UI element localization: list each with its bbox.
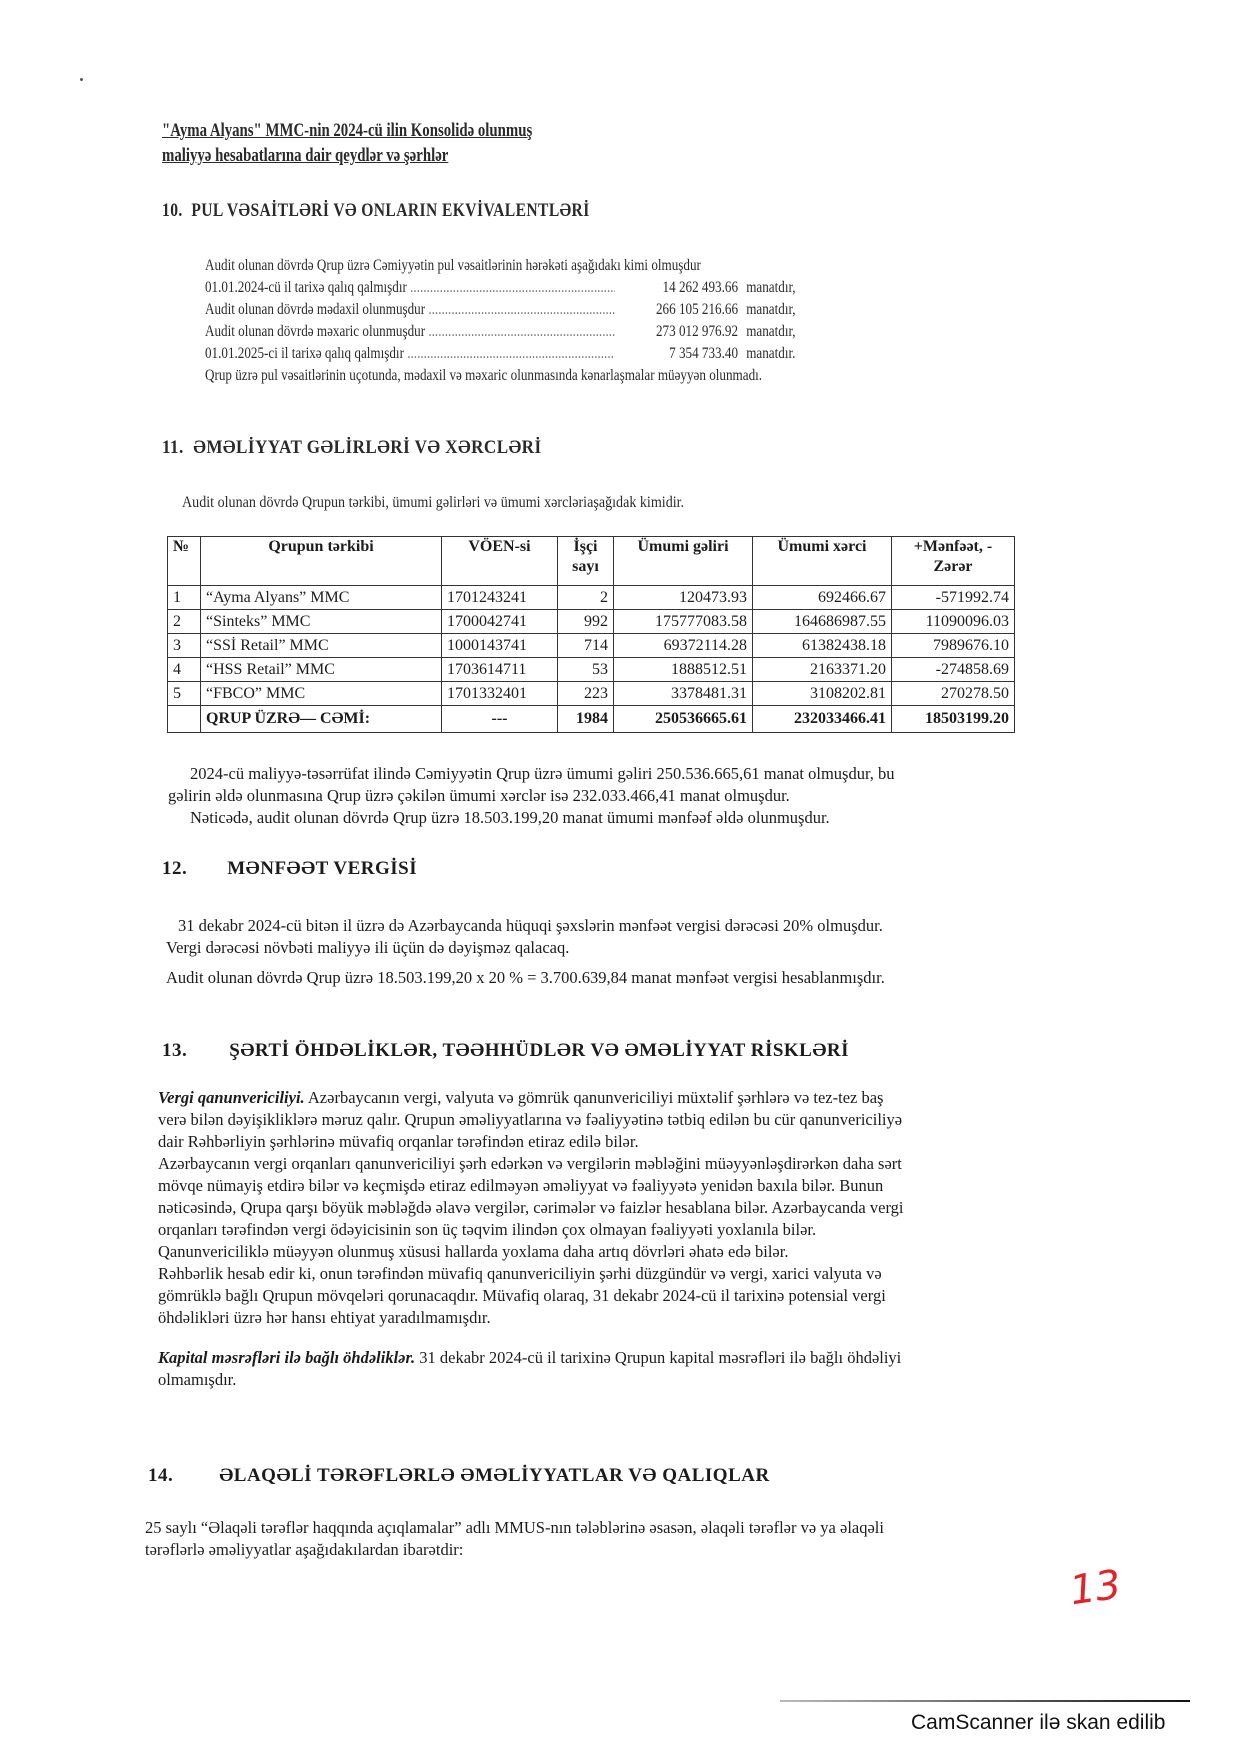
table-cell: 1984 bbox=[558, 706, 614, 733]
cash-row-currency: manatdır, bbox=[746, 321, 795, 343]
paragraph-line: Rəhbərlik hesab edir ki, onun tərəfindən… bbox=[158, 1263, 1058, 1285]
cash-row-label: 01.01.2024-cü il tarixə qalıq qalmışdır bbox=[205, 277, 615, 299]
cash-row-currency: manatdır. bbox=[746, 343, 795, 365]
table-cell: 4 bbox=[168, 658, 201, 682]
table-cell: 5 bbox=[168, 682, 201, 706]
paragraph-line: öhdəlikləri üzrə hər hansı ehtiyat yarad… bbox=[158, 1307, 1058, 1329]
scan-speck bbox=[80, 78, 83, 81]
section-number: 14. bbox=[148, 1465, 214, 1487]
section-12-text: 31 dekabr 2024-cü bitən il üzrə də Azərb… bbox=[166, 915, 1066, 989]
section-title: ƏLAQƏLİ TƏRƏFLƏRLƏ ƏMƏLİYYATLAR VƏ QALIQ… bbox=[219, 1465, 769, 1486]
paragraph-text: 31 dekabr 2024-cü il tarixinə Qrupun kap… bbox=[415, 1348, 901, 1367]
paragraph-line: 25 saylı “Əlaqəli tərəflər haqqında açıq… bbox=[145, 1517, 1045, 1539]
section-11-intro: Audit olunan dövrdə Qrupun tərkibi, ümum… bbox=[182, 492, 684, 514]
footer-divider bbox=[780, 1700, 1190, 1702]
section-number: 13. bbox=[162, 1040, 224, 1062]
page-number: 13 bbox=[1067, 1562, 1124, 1615]
paragraph-line: olmamışdır. bbox=[158, 1369, 1058, 1391]
section-13-text: Vergi qanunvericiliyi. Azərbaycanın verg… bbox=[158, 1087, 1058, 1391]
cash-flow-block: Audit olunan dövrdə Qrup üzrə Cəmiyyətin… bbox=[205, 255, 796, 387]
paragraph-text: Azərbaycanın vergi, valyuta və gömrük qa… bbox=[305, 1088, 884, 1107]
group-composition-table: № Qrupun tərkibi VÖEN-si İşçi sayı Ümumi… bbox=[167, 536, 1015, 733]
table-cell: 223 bbox=[558, 682, 614, 706]
table-cell: 1701243241 bbox=[442, 586, 558, 610]
table-row: 5“FBCO” MMC17013324012233378481.31310820… bbox=[168, 682, 1015, 706]
table-cell: “HSS Retail” MMC bbox=[201, 658, 442, 682]
summary-line: 2024-cü maliyyə-təsərrüfat ilində Cəmiyy… bbox=[190, 763, 1090, 785]
col-header: +Mənfəət, -Zərər bbox=[892, 537, 1015, 586]
table-cell: “Ayma Alyans” MMC bbox=[201, 586, 442, 610]
table-cell: 992 bbox=[558, 610, 614, 634]
summary-line: gəlirin əldə olunmasına Qrup üzrə çəkilə… bbox=[168, 785, 1090, 807]
table-cell: 2 bbox=[558, 586, 614, 610]
section-number: 10. bbox=[162, 200, 183, 222]
paragraph-line: tərəflərlə əməliyyatlar aşağıdakılardan … bbox=[145, 1539, 1045, 1561]
table-cell: 69372114.28 bbox=[614, 634, 753, 658]
section-title: ŞƏRTİ ÖHDƏLİKLƏR, TƏƏHHÜDLƏR VƏ ƏMƏLİYYA… bbox=[229, 1040, 849, 1061]
paragraph-line: nəticəsində, Qrupa qarşı böyük məbləğdə … bbox=[158, 1197, 1058, 1219]
table-cell: 164686987.55 bbox=[753, 610, 892, 634]
document-title-line: maliyyə hesabatlarına dair qeydlər və şə… bbox=[162, 143, 532, 168]
cash-row-value: 7 354 733.40 bbox=[615, 343, 738, 365]
table-cell: -274858.69 bbox=[892, 658, 1015, 682]
paragraph-line: Vergi qanunvericiliyi. Azərbaycanın verg… bbox=[158, 1087, 1058, 1109]
summary-line: Nəticədə, audit olunan dövrdə Qrup üzrə … bbox=[190, 807, 1090, 829]
table-cell: 61382438.18 bbox=[753, 634, 892, 658]
paragraph-line: Audit olunan dövrdə Qrup üzrə 18.503.199… bbox=[166, 967, 1066, 989]
cash-row-label: Audit olunan dövrdə məxaric olunmuşdur bbox=[205, 321, 615, 343]
table-cell: 270278.50 bbox=[892, 682, 1015, 706]
table-header-row: № Qrupun tərkibi VÖEN-si İşçi sayı Ümumi… bbox=[168, 537, 1015, 586]
table-cell: 53 bbox=[558, 658, 614, 682]
table-row: 4“HSS Retail” MMC1703614711531888512.512… bbox=[168, 658, 1015, 682]
section-11-heading: 11. ƏMƏLİYYAT GƏLİRLƏRİ VƏ XƏRCLƏRİ bbox=[162, 437, 542, 459]
section-number: 11. bbox=[162, 437, 184, 459]
table-cell: 1700042741 bbox=[442, 610, 558, 634]
cash-row-value: 14 262 493.66 bbox=[615, 277, 738, 299]
section-14-heading: 14. ƏLAQƏLİ TƏRƏFLƏRLƏ ƏMƏLİYYATLAR VƏ Q… bbox=[148, 1465, 770, 1487]
table-cell: 175777083.58 bbox=[614, 610, 753, 634]
section-13-heading: 13. ŞƏRTİ ÖHDƏLİKLƏR, TƏƏHHÜDLƏR VƏ ƏMƏL… bbox=[162, 1040, 849, 1062]
table-cell: “Sinteks” MMC bbox=[201, 610, 442, 634]
table-cell: --- bbox=[442, 706, 558, 733]
paragraph-line: verə bilən dəyişikliklərə məruz qalır. Q… bbox=[158, 1109, 1058, 1131]
section-14-text: 25 saylı “Əlaqəli tərəflər haqqında açıq… bbox=[145, 1517, 1045, 1561]
col-header: Ümumi gəliri bbox=[614, 537, 753, 586]
table-row: 3“SSİ Retail” MMC100014374171469372114.2… bbox=[168, 634, 1015, 658]
table-cell: 692466.67 bbox=[753, 586, 892, 610]
table-cell: 7989676.10 bbox=[892, 634, 1015, 658]
section-title: PUL VƏSAİTLƏRİ VƏ ONLARIN EKVİVALENTLƏRİ bbox=[191, 200, 589, 221]
paragraph-line: orqanları tərəfindən vergi ödəyicisinin … bbox=[158, 1219, 1058, 1241]
cash-row-label: 01.01.2025-ci il tarixə qalıq qalmışdır bbox=[205, 343, 615, 365]
table-cell: “FBCO” MMC bbox=[201, 682, 442, 706]
scanner-watermark: CamScanner ilə skan edilib bbox=[911, 1711, 1165, 1735]
cash-row: 01.01.2024-cü il tarixə qalıq qalmışdır … bbox=[205, 277, 796, 299]
col-header: İşçi sayı bbox=[558, 537, 614, 586]
paragraph-line: dair Rəhbərliyin şərhlərinə müvafiq orqa… bbox=[158, 1131, 1058, 1153]
cash-row-value: 273 012 976.92 bbox=[615, 321, 738, 343]
table-cell: 120473.93 bbox=[614, 586, 753, 610]
table-cell: 232033466.41 bbox=[753, 706, 892, 733]
table-cell: 1888512.51 bbox=[614, 658, 753, 682]
paragraph-line: Kapital məsrəfləri ilə bağlı öhdəliklər.… bbox=[158, 1347, 1058, 1369]
table-row: 2“Sinteks” MMC1700042741992175777083.581… bbox=[168, 610, 1015, 634]
section-12-heading: 12. MƏNFƏƏT VERGİSİ bbox=[162, 858, 417, 880]
section-10-heading: 10. PUL VƏSAİTLƏRİ VƏ ONLARIN EKVİVALENT… bbox=[162, 200, 590, 222]
paragraph-line: gömrüklə bağlı Qrupun mövqeləri qorunaca… bbox=[158, 1285, 1058, 1307]
col-header: № bbox=[168, 537, 201, 586]
table-cell: 3 bbox=[168, 634, 201, 658]
table-cell: 1000143741 bbox=[442, 634, 558, 658]
table-cell: 3378481.31 bbox=[614, 682, 753, 706]
table-cell: 2163371.20 bbox=[753, 658, 892, 682]
paragraph-line: 31 dekabr 2024-cü bitən il üzrə də Azərb… bbox=[178, 915, 1066, 937]
cash-row-label: Audit olunan dövrdə mədaxil olunmuşdur bbox=[205, 299, 615, 321]
paragraph-line: Qanunvericiliklə müəyyən olunmuş xüsusi … bbox=[158, 1241, 1058, 1263]
cash-row-currency: manatdır, bbox=[746, 277, 795, 299]
table-cell: 11090096.03 bbox=[892, 610, 1015, 634]
paragraph-line: mövqe nümayiş etdirə bilər və keçmişdə e… bbox=[158, 1175, 1058, 1197]
table-cell: 18503199.20 bbox=[892, 706, 1015, 733]
col-header: Ümumi xərci bbox=[753, 537, 892, 586]
cash-note: Qrup üzrə pul vəsaitlərinin uçotunda, mə… bbox=[205, 365, 796, 387]
document-title: "Ayma Alyans" MMC-nin 2024-cü ilin Konso… bbox=[162, 118, 532, 168]
col-header: VÖEN-si bbox=[442, 537, 558, 586]
capital-label: Kapital məsrəfləri ilə bağlı öhdəliklər. bbox=[158, 1348, 415, 1367]
table-cell: 1 bbox=[168, 586, 201, 610]
table-cell: QRUP ÜZRƏ— CƏMİ: bbox=[201, 706, 442, 733]
table-cell: 3108202.81 bbox=[753, 682, 892, 706]
table-cell: 1703614711 bbox=[442, 658, 558, 682]
section-number: 12. bbox=[162, 858, 222, 880]
table-cell: -571992.74 bbox=[892, 586, 1015, 610]
cash-row: 01.01.2025-ci il tarixə qalıq qalmışdır … bbox=[205, 343, 796, 365]
section-11-summary: 2024-cü maliyyə-təsərrüfat ilində Cəmiyy… bbox=[190, 763, 1090, 829]
col-header: Qrupun tərkibi bbox=[201, 537, 442, 586]
table-row: 1“Ayma Alyans” MMC17012432412120473.9369… bbox=[168, 586, 1015, 610]
table-cell: “SSİ Retail” MMC bbox=[201, 634, 442, 658]
cash-row: Audit olunan dövrdə məxaric olunmuşdur 2… bbox=[205, 321, 796, 343]
section-title: ƏMƏLİYYAT GƏLİRLƏRİ VƏ XƏRCLƏRİ bbox=[193, 437, 541, 458]
section-title: MƏNFƏƏT VERGİSİ bbox=[227, 858, 417, 879]
document-title-line: "Ayma Alyans" MMC-nin 2024-cü ilin Konso… bbox=[162, 118, 532, 143]
cash-row-value: 266 105 216.66 bbox=[615, 299, 738, 321]
cash-intro: Audit olunan dövrdə Qrup üzrə Cəmiyyətin… bbox=[205, 255, 796, 277]
cash-row-currency: manatdır, bbox=[746, 299, 795, 321]
paragraph-line: Vergi dərəcəsi növbəti maliyyə ili üçün … bbox=[166, 937, 1066, 959]
table-cell: 714 bbox=[558, 634, 614, 658]
table-cell: 250536665.61 bbox=[614, 706, 753, 733]
table-cell: 2 bbox=[168, 610, 201, 634]
paragraph-line: Azərbaycanın vergi orqanları qanunverici… bbox=[158, 1153, 1058, 1175]
vergi-label: Vergi qanunvericiliyi. bbox=[158, 1088, 305, 1107]
cash-row: Audit olunan dövrdə mədaxil olunmuşdur 2… bbox=[205, 299, 796, 321]
table-cell: 1701332401 bbox=[442, 682, 558, 706]
table-cell bbox=[168, 706, 201, 733]
table-total-row: QRUP ÜZRƏ— CƏMİ:---1984250536665.6123203… bbox=[168, 706, 1015, 733]
